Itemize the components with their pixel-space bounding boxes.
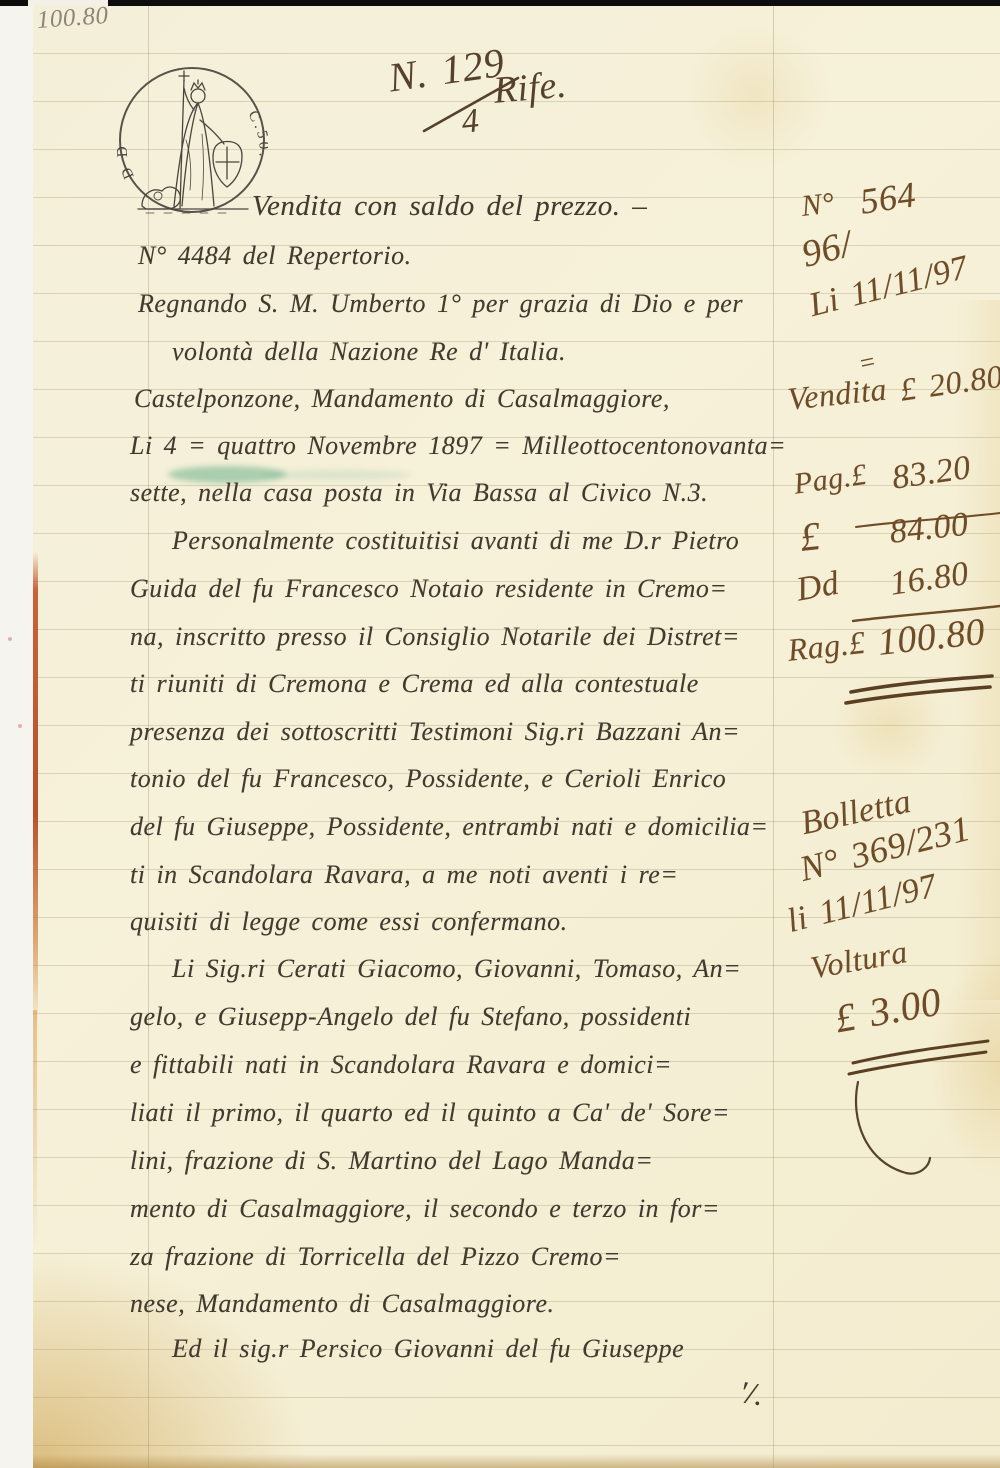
handwritten-line: mento di Casalmaggiore, il secondo e ter… [130, 1196, 720, 1222]
handwritten-line: Vendita con saldo del prezzo. – [252, 192, 647, 221]
continuation-mark: '/. [737, 1376, 766, 1410]
margin-note: £ [798, 516, 823, 558]
handwritten-line: tonio del fu Francesco, Possidente, e Ce… [130, 766, 726, 792]
margin-note: N° [800, 189, 836, 222]
scanner-bed-edge [0, 0, 33, 1468]
handwritten-line: presenza dei sottoscritti Testimoni Sig.… [130, 719, 740, 745]
handwritten-line: ti in Scandolara Ravara, a me noti avent… [130, 862, 678, 888]
handwritten-line: na, inscritto presso il Consiglio Notari… [130, 624, 740, 650]
handwritten-line: liati il primo, il quarto ed il quinto a… [130, 1100, 730, 1126]
handwritten-line: Li 4 = quattro Novembre 1897 = Milleotto… [130, 433, 786, 459]
handwritten-line: nese, Mandamento di Casalmaggiore. [130, 1291, 555, 1317]
handwritten-line: Guida del fu Francesco Notaio residente … [130, 576, 727, 602]
handwritten-line: za frazione di Torricella del Pizzo Crem… [130, 1244, 621, 1270]
paper-speck [18, 724, 22, 728]
handwritten-line: ti riuniti di Cremona e Crema ed alla co… [130, 671, 699, 697]
handwritten-line: N° 4484 del Repertorio. [138, 243, 412, 269]
margin-note: 84.00 [888, 508, 970, 550]
red-page-edge-fade [33, 1010, 37, 1250]
handwritten-line: volontà della Nazione Re d' Italia. [172, 339, 566, 365]
handwritten-line: Castelponzone, Mandamento di Casalmaggio… [134, 386, 670, 412]
handwritten-line: del fu Giuseppe, Possidente, entrambi na… [130, 814, 768, 840]
handwritten-line: Personalmente costituitisi avanti di me … [172, 528, 739, 554]
scan-top-edge [0, 0, 1000, 6]
handwritten-line: Li Sig.ri Cerati Giacomo, Giovanni, Toma… [172, 956, 741, 982]
seal-left-text: D D [116, 143, 138, 181]
red-page-edge [33, 552, 38, 1027]
handwritten-line: sette, nella casa posta in Via Bassa al … [130, 480, 708, 506]
paper-speck [8, 637, 12, 641]
pencil-total-note: 100.80 [36, 3, 109, 33]
margin-note: 564 [858, 176, 918, 219]
handwritten-line: Ed il sig.r Persico Giovanni del fu Gius… [172, 1336, 684, 1362]
handwritten-line: e fittabili nati in Scandolara Ravara e … [130, 1052, 672, 1078]
handwritten-line: quisiti di legge come essi confermano. [130, 909, 568, 935]
svg-text:D D: D D [116, 143, 138, 181]
seal-right-text: C.50. [244, 108, 268, 160]
svg-text:C.50.: C.50. [244, 108, 268, 160]
deed-number-suffix: Rife. [492, 66, 568, 110]
scanned-notarial-deed: D D C.50. 100.80 N. 129 4 Rife. Vendita … [0, 0, 1000, 1468]
handwritten-line: Regnando S. M. Umberto 1° per grazia di … [138, 291, 743, 317]
margin-note: Rag.£ [786, 626, 867, 666]
revenue-stamp-seal: D D C.50. [116, 60, 268, 220]
margin-note: Dd [794, 567, 842, 608]
deed-number-denominator: 4 [460, 104, 481, 140]
handwritten-line: lini, frazione di S. Martino del Lago Ma… [130, 1148, 653, 1174]
margin-rule-right [773, 6, 774, 1468]
handwritten-line: gelo, e Giusepp-Angelo del fu Stefano, p… [130, 1004, 691, 1030]
